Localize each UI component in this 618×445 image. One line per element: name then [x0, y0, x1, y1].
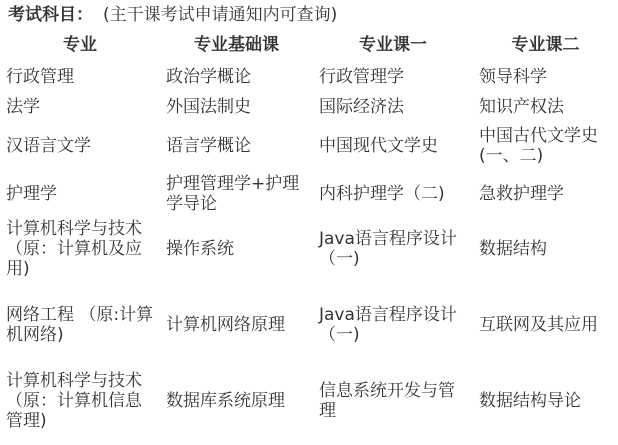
cell-course-two: 数据结构导论 [473, 370, 618, 432]
cell-foundation-course: 计算机网络原理 [160, 280, 313, 370]
cell-foundation-course: 数据库系统原理 [160, 370, 313, 432]
cell-foundation-course: 语言学概论 [160, 122, 313, 170]
cell-foundation-course: 护理管理学+护理学导论 [160, 170, 313, 218]
cell-foundation-course: 操作系统 [160, 218, 313, 280]
cell-course-two: 中国古代文学史(一、二) [473, 122, 618, 170]
cell-course-one: 行政管理学 [313, 62, 473, 92]
cell-major: 护理学 [0, 170, 160, 218]
cell-major: 计算机科学与技术（原：计算机及应用) [0, 218, 160, 280]
cell-major: 计算机科学与技术（原：计算机信息管理) [0, 370, 160, 432]
column-header-course-two: 专业课二 [473, 34, 618, 62]
table-row: 计算机科学与技术（原：计算机及应用) 操作系统 Java语言程序设计（一) 数据… [0, 218, 618, 280]
column-header-major: 专业 [0, 34, 160, 62]
cell-foundation-course: 政治学概论 [160, 62, 313, 92]
table-row: 行政管理 政治学概论 行政管理学 领导科学 [0, 62, 618, 92]
heading-note: (主干课考试申请通知内可查询) [103, 5, 337, 25]
column-header-foundation-course: 专业基础课 [160, 34, 313, 62]
cell-course-one: 信息系统开发与管理 [313, 370, 473, 432]
cell-course-two: 互联网及其应用 [473, 280, 618, 370]
table-row: 护理学 护理管理学+护理学导论 内科护理学（二) 急救护理学 [0, 170, 618, 218]
cell-course-one: Java语言程序设计（一) [313, 280, 473, 370]
column-header-course-one: 专业课一 [313, 34, 473, 62]
table-row: 计算机科学与技术（原：计算机信息管理) 数据库系统原理 信息系统开发与管理 数据… [0, 370, 618, 432]
table-row: 网络工程 （原:计算机网络) 计算机网络原理 Java语言程序设计（一) 互联网… [0, 280, 618, 370]
cell-foundation-course: 外国法制史 [160, 92, 313, 122]
exam-subjects-table: 专业 专业基础课 专业课一 专业课二 行政管理 政治学概论 行政管理学 领导科学… [0, 34, 618, 432]
table-header-row: 专业 专业基础课 专业课一 专业课二 [0, 34, 618, 62]
cell-course-one: 中国现代文学史 [313, 122, 473, 170]
cell-course-one: 国际经济法 [313, 92, 473, 122]
cell-major: 法学 [0, 92, 160, 122]
cell-course-two: 急救护理学 [473, 170, 618, 218]
cell-course-two: 知识产权法 [473, 92, 618, 122]
table-row: 法学 外国法制史 国际经济法 知识产权法 [0, 92, 618, 122]
cell-course-two: 领导科学 [473, 62, 618, 92]
exam-subjects-heading: 考试科目：(主干课考试申请通知内可查询) [8, 4, 337, 26]
table-row: 汉语言文学 语言学概论 中国现代文学史 中国古代文学史(一、二) [0, 122, 618, 170]
cell-course-two: 数据结构 [473, 218, 618, 280]
cell-course-one: 内科护理学（二) [313, 170, 473, 218]
cell-major: 汉语言文学 [0, 122, 160, 170]
cell-course-one: Java语言程序设计（一) [313, 218, 473, 280]
cell-major: 网络工程 （原:计算机网络) [0, 280, 160, 370]
cell-major: 行政管理 [0, 62, 160, 92]
heading-label: 考试科目： [8, 5, 93, 25]
